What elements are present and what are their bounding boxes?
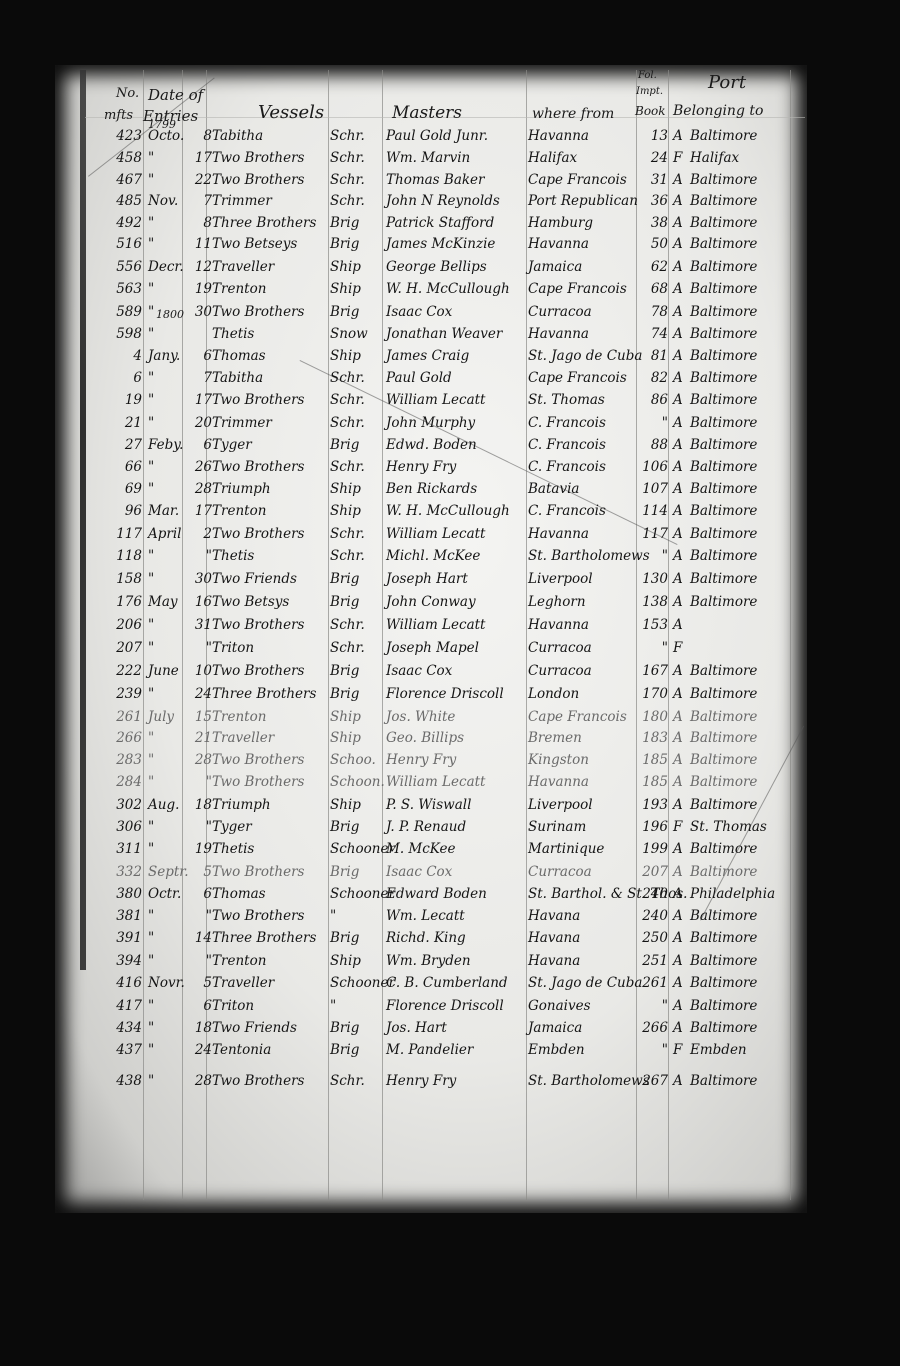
entry-day: 21 xyxy=(184,730,212,746)
port-of-origin: Jamaica xyxy=(528,1020,638,1036)
port-of-origin: Havanna xyxy=(528,526,638,542)
master-name: Henry Fry xyxy=(386,752,526,768)
vessel-type: Schr. xyxy=(330,392,380,408)
vessel-type: Schooner xyxy=(330,886,380,902)
vessel-name: Two Friends xyxy=(212,571,322,587)
port-of-origin: Curracoa xyxy=(528,640,638,656)
vessel-type: Ship xyxy=(330,348,380,364)
master-name: Joseph Hart xyxy=(386,571,526,587)
ledger-row: 417"6Triton"Florence DriscollGonaives"AB… xyxy=(0,998,900,1020)
port-of-origin: Port Republican xyxy=(528,193,638,209)
ledger-row: 206"31Two BrothersSchr.William LecattHav… xyxy=(0,617,900,639)
book-folio: 240 xyxy=(638,908,668,924)
ledger-row: 283"28Two BrothersSchoo.Henry FryKingsto… xyxy=(0,752,900,774)
vessel-name: Thomas xyxy=(212,886,322,902)
entry-month: Octo. xyxy=(148,128,188,144)
entry-month: Jany. xyxy=(148,348,188,364)
entry-day: 30 xyxy=(184,571,212,587)
ledger-row: 437"24TentoniaBrigM. PandelierEmbden"FEm… xyxy=(0,1042,900,1064)
flag-code: A xyxy=(673,548,687,564)
vessel-type: Schooner xyxy=(330,841,380,857)
entry-day: 5 xyxy=(184,975,212,991)
entry-month: " xyxy=(148,1020,188,1036)
entry-month: " xyxy=(148,326,188,342)
vessel-name: Trenton xyxy=(212,709,322,725)
port-of-origin: Havanna xyxy=(528,236,638,252)
port-of-origin: Kingston xyxy=(528,752,638,768)
entry-day: 19 xyxy=(184,841,212,857)
header-port: Port xyxy=(708,72,746,93)
home-port: Baltimore xyxy=(690,908,800,924)
master-name: George Bellips xyxy=(386,259,526,275)
ledger-row: 118""ThetisSchr.Michl. McKeeSt. Bartholo… xyxy=(0,548,900,570)
entry-month: Octr. xyxy=(148,886,188,902)
header-date: Date of xyxy=(148,86,203,104)
entry-day: 22 xyxy=(184,172,212,188)
master-name: W. H. McCullough xyxy=(386,503,526,519)
ledger-row: 598"ThetisSnowJonathan WeaverHavanna74AB… xyxy=(0,326,900,348)
book-folio: 117 xyxy=(638,526,668,542)
home-port: Baltimore xyxy=(690,1073,800,1089)
master-name: Henry Fry xyxy=(386,459,526,475)
flag-code: A xyxy=(673,215,687,231)
book-folio: " xyxy=(638,998,668,1014)
flag-code: A xyxy=(673,281,687,297)
book-folio: 88 xyxy=(638,437,668,453)
ledger-row: 266"21TravellerShipGeo. BillipsBremen183… xyxy=(0,730,900,752)
flag-code: A xyxy=(673,259,687,275)
entry-day: 2 xyxy=(184,526,212,542)
entry-number: 266 xyxy=(100,730,142,746)
port-of-origin: St. Thomas xyxy=(528,392,638,408)
ledger-row: 69"28TriumphShipBen RickardsBatavia107AB… xyxy=(0,481,900,503)
book-folio: 62 xyxy=(638,259,668,275)
book-folio: 74 xyxy=(638,326,668,342)
master-name: Jonathan Weaver xyxy=(386,326,526,342)
ledger-row: 589"30Two BrothersBrigIsaac CoxCurracoa7… xyxy=(0,304,900,326)
book-folio: 38 xyxy=(638,215,668,231)
vessel-name: Traveller xyxy=(212,259,322,275)
entry-number: 27 xyxy=(100,437,142,453)
vessel-type: Brig xyxy=(330,686,380,702)
entry-day: " xyxy=(184,953,212,969)
master-name: William Lecatt xyxy=(386,392,526,408)
book-folio: 170 xyxy=(638,686,668,702)
master-name: William Lecatt xyxy=(386,774,526,790)
flag-code: A xyxy=(673,370,687,386)
home-port: Baltimore xyxy=(690,930,800,946)
port-of-origin: Liverpool xyxy=(528,797,638,813)
ledger-row: 467"22Two BrothersSchr.Thomas BakerCape … xyxy=(0,172,900,194)
entry-day: 14 xyxy=(184,930,212,946)
vessel-type: Brig xyxy=(330,1042,380,1058)
port-of-origin: Surinam xyxy=(528,819,638,835)
home-port: Baltimore xyxy=(690,193,800,209)
header-port-sub: Belonging to xyxy=(673,103,763,119)
entry-month: " xyxy=(148,998,188,1014)
home-port: Baltimore xyxy=(690,503,800,519)
entry-number: 492 xyxy=(100,215,142,231)
vessel-name: Triumph xyxy=(212,797,322,813)
vessel-name: Two Brothers xyxy=(212,774,322,790)
vessel-type: Brig xyxy=(330,215,380,231)
home-port: Baltimore xyxy=(690,709,800,725)
book-folio: 36 xyxy=(638,193,668,209)
entry-day: 7 xyxy=(184,370,212,386)
vessel-name: Three Brothers xyxy=(212,930,322,946)
home-port: Baltimore xyxy=(690,128,800,144)
home-port: Baltimore xyxy=(690,774,800,790)
entry-day: 30 xyxy=(184,304,212,320)
vessel-name: Two Brothers xyxy=(212,526,322,542)
entry-number: 206 xyxy=(100,617,142,633)
flag-code: A xyxy=(673,730,687,746)
vessel-type: Snow xyxy=(330,326,380,342)
vessel-name: Tabitha xyxy=(212,128,322,144)
book-folio: 82 xyxy=(638,370,668,386)
master-name: Paul Gold xyxy=(386,370,526,386)
master-name: P. S. Wiswall xyxy=(386,797,526,813)
home-port: Baltimore xyxy=(690,481,800,497)
book-folio: 153 xyxy=(638,617,668,633)
port-of-origin: Jamaica xyxy=(528,259,638,275)
entry-month: Nov. xyxy=(148,193,188,209)
master-name: William Lecatt xyxy=(386,617,526,633)
ledger-row: 284""Two BrothersSchoon.William LecattHa… xyxy=(0,774,900,796)
port-of-origin: Havana xyxy=(528,930,638,946)
entry-day: 5 xyxy=(184,864,212,880)
entry-month: " xyxy=(148,930,188,946)
port-of-origin: Embden xyxy=(528,1042,638,1058)
entry-month: Decr. xyxy=(148,259,188,275)
master-name: Thomas Baker xyxy=(386,172,526,188)
vessel-type: Schr. xyxy=(330,459,380,475)
flag-code: F xyxy=(673,819,687,835)
vessel-name: Thetis xyxy=(212,841,322,857)
entry-month: " xyxy=(148,150,188,166)
master-name: Edward Boden xyxy=(386,886,526,902)
flag-code: A xyxy=(673,998,687,1014)
ledger-row: 492"8Three BrothersBrigPatrick StaffordH… xyxy=(0,215,900,237)
entry-day: 28 xyxy=(184,752,212,768)
entry-month: " xyxy=(148,172,188,188)
entry-number: 118 xyxy=(100,548,142,564)
vessel-type: Schr. xyxy=(330,172,380,188)
entry-day: 15 xyxy=(184,709,212,725)
home-port: Baltimore xyxy=(690,594,800,610)
book-folio: 180 xyxy=(638,709,668,725)
flag-code: A xyxy=(673,752,687,768)
flag-code: A xyxy=(673,774,687,790)
home-port: Baltimore xyxy=(690,392,800,408)
vessel-name: Two Betseys xyxy=(212,236,322,252)
flag-code: A xyxy=(673,437,687,453)
book-folio: 107 xyxy=(638,481,668,497)
home-port: Baltimore xyxy=(690,663,800,679)
vessel-type: Brig xyxy=(330,304,380,320)
entry-day: 8 xyxy=(184,128,212,144)
header-book-2: Impt. xyxy=(636,86,663,97)
entry-number: 563 xyxy=(100,281,142,297)
vessel-type: Ship xyxy=(330,259,380,275)
book-folio: " xyxy=(638,1042,668,1058)
vessel-name: Three Brothers xyxy=(212,686,322,702)
vessel-type: Ship xyxy=(330,503,380,519)
master-name: Florence Driscoll xyxy=(386,686,526,702)
entry-number: 306 xyxy=(100,819,142,835)
ledger-row: 176May16Two BetsysBrigJohn ConwayLeghorn… xyxy=(0,594,900,616)
ledger-row: 485Nov.7TrimmerSchr.John N ReynoldsPort … xyxy=(0,193,900,215)
entry-day: 28 xyxy=(184,481,212,497)
book-folio: 68 xyxy=(638,281,668,297)
entry-month: " xyxy=(148,908,188,924)
master-name: John Murphy xyxy=(386,415,526,431)
ledger-row: 19"17Two BrothersSchr.William LecattSt. … xyxy=(0,392,900,414)
entry-day: 6 xyxy=(184,348,212,364)
ledger-row: 394""TrentonShipWm. BrydenHavana251ABalt… xyxy=(0,953,900,975)
ledger-row: 416Novr.5TravellerSchoonerC. B. Cumberla… xyxy=(0,975,900,997)
entry-day: 17 xyxy=(184,150,212,166)
home-port: Halifax xyxy=(690,150,800,166)
entry-number: 332 xyxy=(100,864,142,880)
flag-code: F xyxy=(673,150,687,166)
entry-month: " xyxy=(148,841,188,857)
vessel-type: Brig xyxy=(330,571,380,587)
header-masters: Masters xyxy=(392,103,462,123)
entry-day: " xyxy=(184,640,212,656)
master-name: Edwd. Boden xyxy=(386,437,526,453)
vessel-type: Brig xyxy=(330,930,380,946)
header-no: No. xyxy=(116,86,139,101)
entry-number: 302 xyxy=(100,797,142,813)
flag-code: A xyxy=(673,686,687,702)
vessel-name: Two Brothers xyxy=(212,392,322,408)
ledger-row: 434"18Two FriendsBrigJos. HartJamaica266… xyxy=(0,1020,900,1042)
vessel-name: Two Brothers xyxy=(212,908,322,924)
book-folio: 13 xyxy=(638,128,668,144)
book-folio: 199 xyxy=(638,841,668,857)
vessel-type: " xyxy=(330,908,380,924)
port-of-origin: Bremen xyxy=(528,730,638,746)
vessel-type: Brig xyxy=(330,1020,380,1036)
entry-month: " xyxy=(148,953,188,969)
entry-month: " xyxy=(148,548,188,564)
entry-month: " xyxy=(148,370,188,386)
vessel-name: Trimmer xyxy=(212,193,322,209)
ledger-row: 302Aug.18TriumphShipP. S. WiswallLiverpo… xyxy=(0,797,900,819)
vessel-name: Two Brothers xyxy=(212,1073,322,1089)
home-port: Baltimore xyxy=(690,864,800,880)
flag-code: A xyxy=(673,908,687,924)
ledger-row: 158"30Two FriendsBrigJoseph HartLiverpoo… xyxy=(0,571,900,593)
master-name: Richd. King xyxy=(386,930,526,946)
vessel-type: Brig xyxy=(330,819,380,835)
vessel-type: Schr. xyxy=(330,548,380,564)
flag-code: A xyxy=(673,415,687,431)
vessel-type: Ship xyxy=(330,730,380,746)
entry-number: 207 xyxy=(100,640,142,656)
vessel-name: Two Brothers xyxy=(212,459,322,475)
master-name: W. H. McCullough xyxy=(386,281,526,297)
master-name: Jos. Hart xyxy=(386,1020,526,1036)
vessel-name: Traveller xyxy=(212,730,322,746)
home-port: St. Thomas xyxy=(690,819,800,835)
book-folio: 138 xyxy=(638,594,668,610)
entry-day: " xyxy=(184,908,212,924)
home-port: Baltimore xyxy=(690,172,800,188)
port-of-origin: London xyxy=(528,686,638,702)
entry-number: 556 xyxy=(100,259,142,275)
vessel-name: Triton xyxy=(212,640,322,656)
vessel-name: Two Brothers xyxy=(212,172,322,188)
flag-code: A xyxy=(673,975,687,991)
home-port: Baltimore xyxy=(690,548,800,564)
header-book-3: Book xyxy=(635,104,666,118)
entry-day: 6 xyxy=(184,437,212,453)
master-name: Wm. Lecatt xyxy=(386,908,526,924)
entry-number: 458 xyxy=(100,150,142,166)
vessel-name: Two Brothers xyxy=(212,663,322,679)
port-of-origin: St. Bartholomews xyxy=(528,548,638,564)
flag-code: A xyxy=(673,571,687,587)
book-folio: 266 xyxy=(638,1020,668,1036)
port-of-origin: Havana xyxy=(528,908,638,924)
master-name: Isaac Cox xyxy=(386,663,526,679)
book-folio: 207 xyxy=(638,864,668,880)
port-of-origin: St. Bartholomews xyxy=(528,1073,638,1089)
master-name: Isaac Cox xyxy=(386,304,526,320)
home-port: Baltimore xyxy=(690,526,800,542)
entry-month: June xyxy=(148,663,188,679)
book-folio: 267 xyxy=(638,1073,668,1089)
entry-day: 20 xyxy=(184,415,212,431)
flag-code: A xyxy=(673,193,687,209)
entry-month: " xyxy=(148,686,188,702)
entry-day: " xyxy=(184,548,212,564)
book-folio: " xyxy=(638,415,668,431)
port-of-origin: C. Francois xyxy=(528,437,638,453)
book-folio: 240 xyxy=(638,886,668,902)
vessel-name: Two Betsys xyxy=(212,594,322,610)
book-folio: 183 xyxy=(638,730,668,746)
flag-code: A xyxy=(673,709,687,725)
port-of-origin: Havanna xyxy=(528,326,638,342)
vessel-name: Two Brothers xyxy=(212,617,322,633)
entry-month: " xyxy=(148,730,188,746)
entry-number: 69 xyxy=(100,481,142,497)
ledger-row: 4Jany.6ThomasShipJames CraigSt. Jago de … xyxy=(0,348,900,370)
ledger-row: 222June10Two BrothersBrigIsaac CoxCurrac… xyxy=(0,663,900,685)
entry-month: " xyxy=(148,1073,188,1089)
flag-code: A xyxy=(673,348,687,364)
ledger-row: 66"26Two BrothersSchr.Henry FryC. Franco… xyxy=(0,459,900,481)
port-of-origin: Cape Francois xyxy=(528,370,638,386)
vessel-name: Trenton xyxy=(212,953,322,969)
vessel-type: Ship xyxy=(330,281,380,297)
entry-number: 261 xyxy=(100,709,142,725)
entry-month: July xyxy=(148,709,188,725)
entry-month: April xyxy=(148,526,188,542)
book-folio: 193 xyxy=(638,797,668,813)
entry-number: 6 xyxy=(100,370,142,386)
book-folio: " xyxy=(638,548,668,564)
entry-day: 17 xyxy=(184,503,212,519)
home-port: Baltimore xyxy=(690,730,800,746)
port-of-origin: St. Jago de Cuba xyxy=(528,348,638,364)
port-of-origin: Curracoa xyxy=(528,304,638,320)
vessel-type: Ship xyxy=(330,953,380,969)
port-of-origin: Curracoa xyxy=(528,663,638,679)
master-name: C. B. Cumberland xyxy=(386,975,526,991)
flag-code: A xyxy=(673,304,687,320)
master-name: Jos. White xyxy=(386,709,526,725)
book-folio: 167 xyxy=(638,663,668,679)
entry-number: 589 xyxy=(100,304,142,320)
home-port: Baltimore xyxy=(690,953,800,969)
vessel-name: Two Brothers xyxy=(212,864,322,880)
entry-month: " xyxy=(148,617,188,633)
port-of-origin: Havanna xyxy=(528,128,638,144)
vessel-type: Brig xyxy=(330,236,380,252)
port-of-origin: C. Francois xyxy=(528,415,638,431)
book-folio: 114 xyxy=(638,503,668,519)
flag-code: A xyxy=(673,128,687,144)
ledger-row: 391"14Three BrothersBrigRichd. KingHavan… xyxy=(0,930,900,952)
entry-day: 26 xyxy=(184,459,212,475)
ledger-row: 207""TritonSchr.Joseph MapelCurracoa"F xyxy=(0,640,900,662)
book-folio: 78 xyxy=(638,304,668,320)
vessel-name: Traveller xyxy=(212,975,322,991)
master-name: Isaac Cox xyxy=(386,864,526,880)
port-of-origin: Leghorn xyxy=(528,594,638,610)
port-of-origin: Halifax xyxy=(528,150,638,166)
entry-number: 467 xyxy=(100,172,142,188)
entry-number: 283 xyxy=(100,752,142,768)
home-port: Baltimore xyxy=(690,348,800,364)
master-name: William Lecatt xyxy=(386,526,526,542)
master-name: Henry Fry xyxy=(386,1073,526,1089)
vessel-name: Two Brothers xyxy=(212,304,322,320)
port-of-origin: Liverpool xyxy=(528,571,638,587)
flag-code: A xyxy=(673,459,687,475)
entry-month: " xyxy=(148,774,188,790)
port-of-origin: Gonaives xyxy=(528,998,638,1014)
master-name: Ben Rickards xyxy=(386,481,526,497)
entry-day: 16 xyxy=(184,594,212,610)
port-of-origin: Batavia xyxy=(528,481,638,497)
master-name: James Craig xyxy=(386,348,526,364)
port-of-origin: St. Jago de Cuba xyxy=(528,975,638,991)
master-name: J. P. Renaud xyxy=(386,819,526,835)
entry-month: " xyxy=(148,481,188,497)
home-port: Philadelphia xyxy=(690,886,800,902)
entry-day: 24 xyxy=(184,1042,212,1058)
flag-code: A xyxy=(673,953,687,969)
port-of-origin: Cape Francois xyxy=(528,172,638,188)
entry-month: " xyxy=(148,304,188,320)
master-name: John N Reynolds xyxy=(386,193,526,209)
entry-number: 394 xyxy=(100,953,142,969)
entry-number: 380 xyxy=(100,886,142,902)
flag-code: F xyxy=(673,1042,687,1058)
book-folio: 130 xyxy=(638,571,668,587)
vessel-type: Brig xyxy=(330,437,380,453)
book-folio: 24 xyxy=(638,150,668,166)
entry-day: 18 xyxy=(184,797,212,813)
entry-month: " xyxy=(148,571,188,587)
flag-code: A xyxy=(673,236,687,252)
ledger-row: 311"19ThetisSchoonerM. McKeeMartinique19… xyxy=(0,841,900,863)
